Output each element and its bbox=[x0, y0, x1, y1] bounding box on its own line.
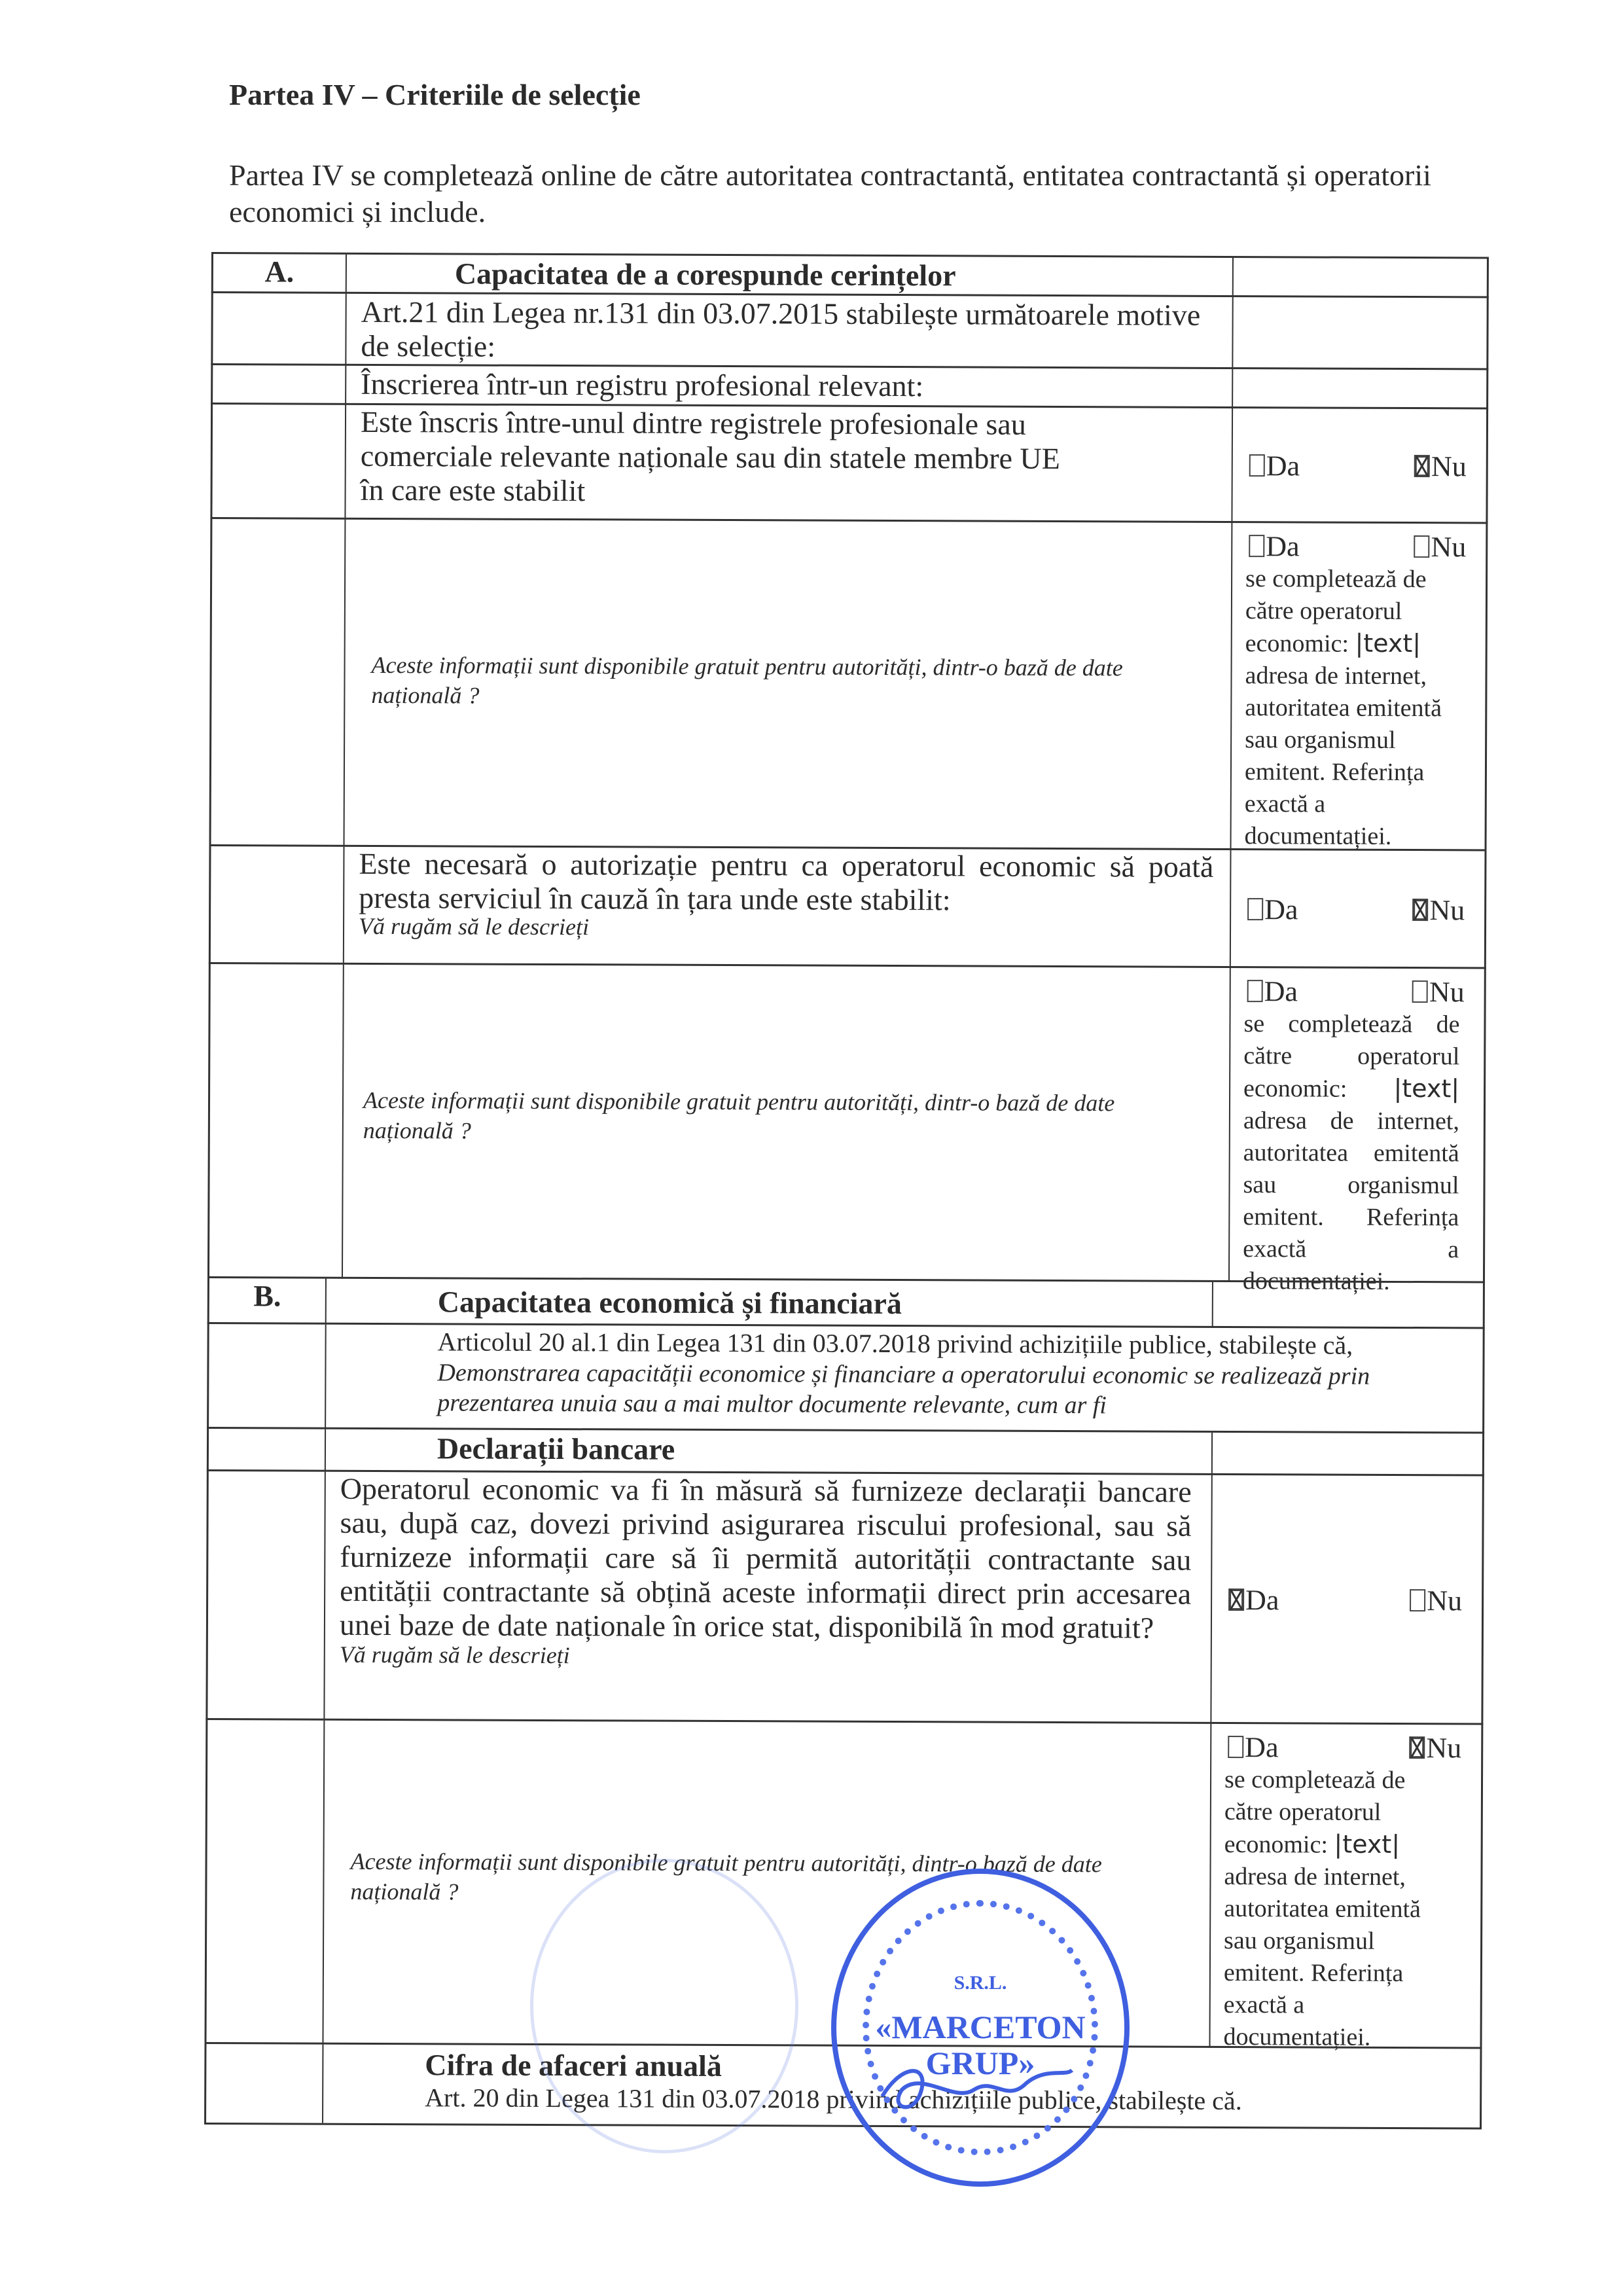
question-authorization-database-row: Aceste informații sunt disponibile gratu… bbox=[207, 962, 1486, 1283]
database-question-text: Aceste informații sunt disponibile gratu… bbox=[363, 1085, 1203, 1149]
text-input-field[interactable]: |text| bbox=[1393, 1074, 1459, 1103]
database-question-text: Aceste informații sunt disponibile gratu… bbox=[350, 1846, 1183, 1909]
question-registry-database-row: Aceste informații sunt disponibile gratu… bbox=[209, 517, 1488, 851]
option-yes[interactable]: Da bbox=[1247, 893, 1298, 926]
text-input-field[interactable]: |text| bbox=[1334, 1830, 1400, 1859]
bank-declarations-heading-row: Declarații bancare bbox=[207, 1427, 1484, 1476]
checkbox-no-unchecked[interactable] bbox=[1414, 535, 1429, 558]
fill-note-after: adresa de internet, autoritatea emitentă… bbox=[1245, 662, 1442, 850]
registry-heading: Înscrierea într-un registru profesional … bbox=[361, 367, 1219, 404]
option-yes[interactable]: Da bbox=[1228, 1731, 1279, 1764]
section-a-header-row: A. Capacitatea de a corespunde cerințelo… bbox=[211, 252, 1489, 298]
section-b-law-text: Articolul 20 al.1 din Legea 131 din 03.0… bbox=[438, 1326, 1470, 1361]
section-title: Partea IV – Criteriile de selecție bbox=[229, 77, 641, 112]
section-a-label: A. bbox=[264, 255, 294, 288]
registry-heading-row: Înscrierea într-un registru profesional … bbox=[211, 363, 1488, 409]
law-text-row: Art.21 din Legea nr.131 din 03.07.2015 s… bbox=[211, 291, 1488, 370]
checkbox-yes-unchecked[interactable] bbox=[1228, 1736, 1243, 1758]
checkbox-no-checked[interactable] bbox=[1412, 899, 1428, 921]
database-question-text: Aceste informații sunt disponibile gratu… bbox=[371, 650, 1204, 713]
option-no[interactable]: Nu bbox=[1410, 1584, 1462, 1617]
section-b-heading: Capacitatea economică și financiară bbox=[438, 1285, 902, 1320]
option-yes[interactable]: Da bbox=[1249, 449, 1300, 482]
checkbox-yes-checked[interactable] bbox=[1228, 1588, 1244, 1610]
checkbox-no-unchecked[interactable] bbox=[1410, 1589, 1425, 1611]
intro-paragraph: Partea IV se completează online de către… bbox=[229, 157, 1505, 230]
checkbox-yes-unchecked[interactable] bbox=[1247, 898, 1263, 920]
question-registry-text: Este înscris între-unul dintre registrel… bbox=[361, 405, 1068, 510]
checkbox-no-checked[interactable] bbox=[1409, 1736, 1425, 1759]
checkbox-yes-unchecked[interactable] bbox=[1247, 980, 1263, 1002]
fill-note-after: adresa de internet, autoritatea emitentă… bbox=[1243, 1107, 1459, 1295]
section-b-header-row: B. Capacitatea economică și financiară bbox=[207, 1276, 1485, 1329]
section-b-law-row: Articolul 20 al.1 din Legea 131 din 03.0… bbox=[207, 1322, 1485, 1433]
option-no[interactable]: Nu bbox=[1414, 530, 1466, 564]
option-yes[interactable]: Da bbox=[1249, 529, 1300, 563]
law-text: Art.21 din Legea nr.131 din 03.07.2015 s… bbox=[361, 295, 1205, 367]
annual-turnover-row: Cifra de afaceri anuală Art. 20 din Lege… bbox=[204, 2042, 1482, 2129]
checkbox-yes-unchecked[interactable] bbox=[1249, 535, 1264, 557]
selection-criteria-table: A. Capacitatea de a corespunde cerințelo… bbox=[204, 252, 1489, 2128]
question-authorization-text: Este necesară o autorizație pentru ca op… bbox=[359, 847, 1213, 918]
question-registry-row: Este înscris între-unul dintre registrel… bbox=[210, 403, 1488, 524]
checkbox-yes-unchecked[interactable] bbox=[1249, 454, 1265, 476]
option-no[interactable]: Nu bbox=[1412, 975, 1465, 1009]
annual-turnover-text: Art. 20 din Legea 131 din 03.07.2018 pri… bbox=[425, 2082, 1467, 2117]
bank-declarations-heading: Declarații bancare bbox=[437, 1431, 675, 1465]
fill-note-after: adresa de internet, autoritatea emitentă… bbox=[1223, 1863, 1421, 2051]
option-no[interactable]: Nu bbox=[1414, 450, 1467, 483]
question-authorization-row: Este necesară o autorizație pentru ca op… bbox=[209, 844, 1487, 969]
option-yes[interactable]: Da bbox=[1247, 975, 1298, 1008]
option-no[interactable]: Nu bbox=[1412, 893, 1465, 927]
checkbox-no-unchecked[interactable] bbox=[1412, 980, 1428, 1003]
text-input-field[interactable]: |text| bbox=[1355, 629, 1421, 658]
question-bank-database-row: Aceste informații sunt disponibile gratu… bbox=[204, 1718, 1483, 2049]
option-no[interactable]: Nu bbox=[1409, 1731, 1461, 1765]
option-yes[interactable]: Da bbox=[1228, 1583, 1279, 1616]
question-bank-text: Operatorul economic va fi în măsură să f… bbox=[340, 1472, 1192, 1645]
section-b-law-italic: Demonstrarea capacității economice și fi… bbox=[437, 1357, 1469, 1422]
section-b-label: B. bbox=[253, 1279, 281, 1312]
annual-turnover-heading: Cifra de afaceri anuală bbox=[425, 2047, 1467, 2086]
question-bank-row: Operatorul economic va fi în măsură să f… bbox=[205, 1469, 1484, 1725]
checkbox-no-checked[interactable] bbox=[1414, 455, 1430, 477]
section-a-heading: Capacitatea de a corespunde cerințelor bbox=[455, 257, 956, 292]
